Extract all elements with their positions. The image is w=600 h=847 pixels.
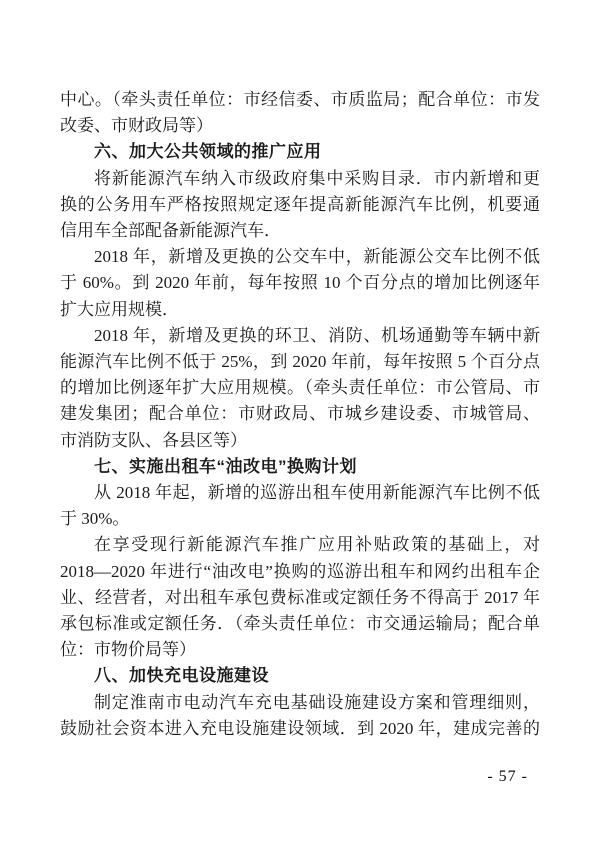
text-line: 改委、市财政局等） — [60, 113, 540, 139]
text-line: 在享受现行新能源汽车推广应用补贴政策的基础上，对 — [60, 532, 540, 558]
paragraph: 将新能源汽车纳入市级政府集中采购目录．市内新增和更换的公务用车严格按照规定逐年提… — [60, 166, 540, 245]
section-heading: 六、加大公共领域的推广应用 — [60, 139, 540, 165]
text-line: 2018—2020 年进行“油改电”换购的巡游出租车和网约出租车企 — [60, 559, 540, 585]
text-line: 于 60%。到 2020 年前，每年按照 10 个百分点的增加比例逐年 — [60, 270, 540, 296]
paragraph: 2018 年，新增及更换的公交车中，新能源公交车比例不低于 60%。到 2020… — [60, 244, 540, 323]
document-body: 中心。（牵头责任单位：市经信委、市质监局；配合单位：市发改委、市财政局等）六、加… — [60, 87, 540, 742]
text-line: 换的公务用车严格按照规定逐年提高新能源汽车比例，机要通 — [60, 192, 540, 218]
section-heading: 八、加快充电设施建设 — [60, 663, 540, 689]
text-line: 位：市物价局等） — [60, 637, 540, 663]
text-line: 七、实施出租车“油改电”换购计划 — [60, 454, 540, 480]
text-line: 能源汽车比例不低于 25%，到 2020 年前，每年按照 5 个百分点 — [60, 349, 540, 375]
text-line: 从 2018 年起，新增的巡游出租车使用新能源汽车比例不低 — [60, 480, 540, 506]
paragraph: 中心。（牵头责任单位：市经信委、市质监局；配合单位：市发改委、市财政局等） — [60, 87, 540, 139]
text-line: 中心。（牵头责任单位：市经信委、市质监局；配合单位：市发 — [60, 87, 540, 113]
page-number: - 57 - — [487, 768, 528, 786]
text-line: 的增加比例逐年扩大应用规模。（牵头责任单位：市公管局、市 — [60, 375, 540, 401]
text-line: 信用车全部配备新能源汽车． — [60, 218, 540, 244]
text-line: 2018 年，新增及更换的环卫、消防、机场通勤等车辆中新 — [60, 323, 540, 349]
text-line: 将新能源汽车纳入市级政府集中采购目录．市内新增和更 — [60, 166, 540, 192]
text-line: 建发集团；配合单位：市财政局、市城乡建设委、市城管局、 — [60, 401, 540, 427]
text-line: 业、经营者，对出租车承包费标准或定额任务不得高于 2017 年 — [60, 585, 540, 611]
text-line: 于 30%。 — [60, 506, 540, 532]
paragraph: 从 2018 年起，新增的巡游出租车使用新能源汽车比例不低于 30%。 — [60, 480, 540, 532]
section-heading: 七、实施出租车“油改电”换购计划 — [60, 454, 540, 480]
paragraph: 2018 年，新增及更换的环卫、消防、机场通勤等车辆中新能源汽车比例不低于 25… — [60, 323, 540, 454]
document-page: 中心。（牵头责任单位：市经信委、市质监局；配合单位：市发改委、市财政局等）六、加… — [0, 0, 600, 847]
text-line: 八、加快充电设施建设 — [60, 663, 540, 689]
text-line: 承包标准或定额任务．（牵头责任单位：市交通运输局；配合单 — [60, 611, 540, 637]
text-line: 鼓励社会资本进入充电设施建设领域．到 2020 年，建成完善的 — [60, 716, 540, 742]
text-line: 2018 年，新增及更换的公交车中，新能源公交车比例不低 — [60, 244, 540, 270]
text-line: 扩大应用规模． — [60, 297, 540, 323]
paragraph: 制定淮南市电动汽车充电基础设施建设方案和管理细则，鼓励社会资本进入充电设施建设领… — [60, 690, 540, 742]
paragraph: 在享受现行新能源汽车推广应用补贴政策的基础上，对2018—2020 年进行“油改… — [60, 532, 540, 663]
text-line: 六、加大公共领域的推广应用 — [60, 139, 540, 165]
text-line: 市消防支队、各县区等） — [60, 428, 540, 454]
text-line: 制定淮南市电动汽车充电基础设施建设方案和管理细则， — [60, 690, 540, 716]
